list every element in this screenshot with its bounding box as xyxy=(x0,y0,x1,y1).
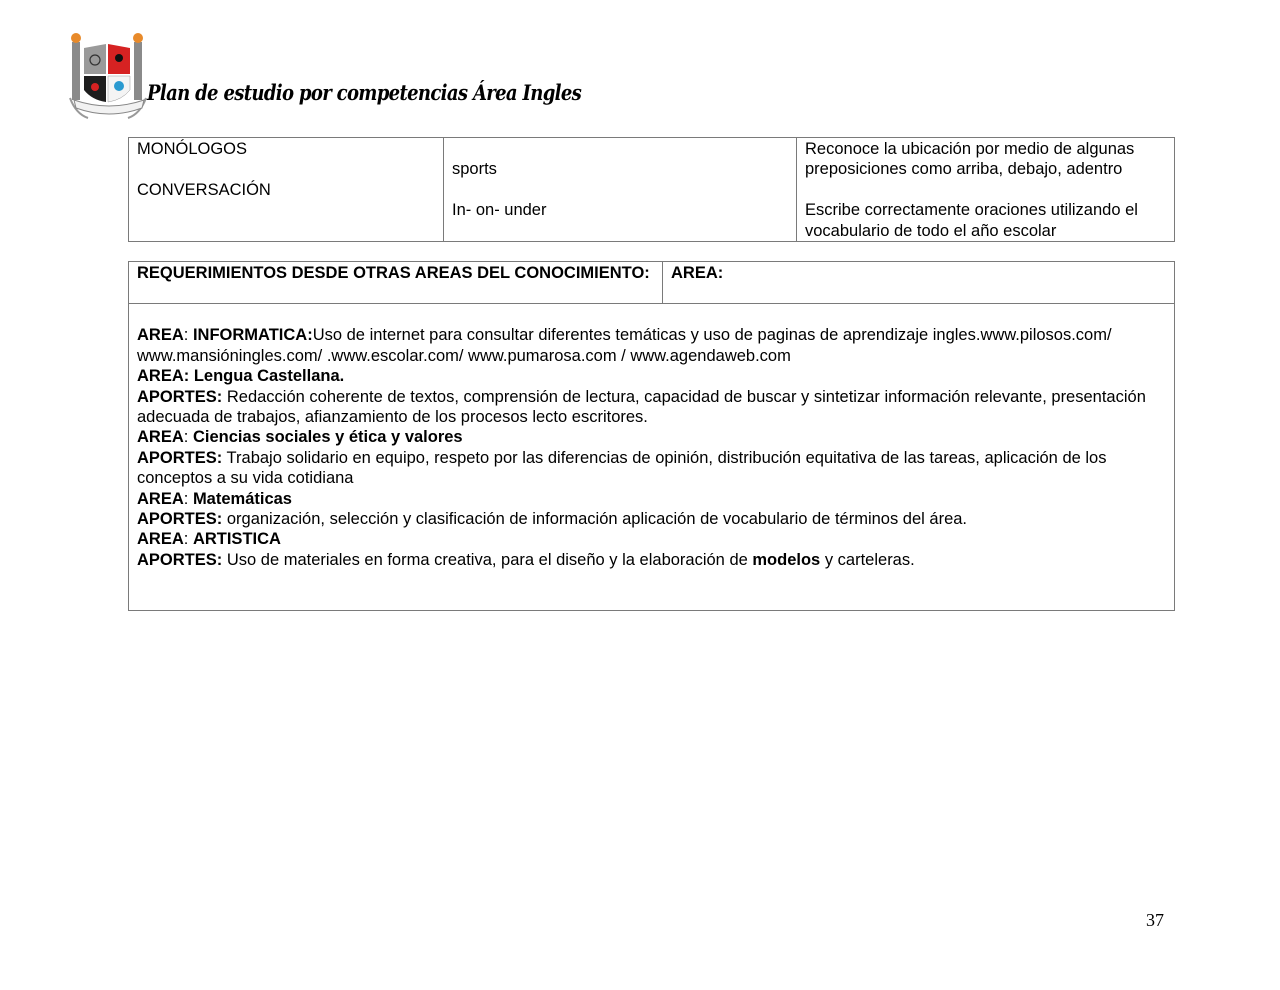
document-title: Plan de estudio por competencias Área In… xyxy=(147,80,581,105)
requirements-header: REQUERIMIENTOS DESDE OTRAS AREAS DEL CON… xyxy=(129,262,663,304)
vocabulary-item: sports xyxy=(452,159,788,179)
area-header: AREA: xyxy=(663,262,1175,304)
area-castellana-heading: AREA: Lengua Castellana. xyxy=(137,366,1166,386)
area-artistica-heading: AREA: ARTISTICA xyxy=(137,529,1166,549)
school-crest-icon xyxy=(66,28,152,120)
aportes-matematicas: APORTES: organización, selección y clasi… xyxy=(137,509,1166,529)
indicator-item: Escribe correctamente oraciones utilizan… xyxy=(805,200,1166,241)
area-sociales-heading: AREA: Ciencias sociales y ética y valore… xyxy=(137,427,1166,447)
table-row: MONÓLOGOS CONVERSACIÓN sports In- on- un… xyxy=(129,138,1175,242)
table-header-row: REQUERIMIENTOS DESDE OTRAS AREAS DEL CON… xyxy=(129,262,1175,304)
aportes-castellana: APORTES: Redacción coherente de textos, … xyxy=(137,387,1166,428)
skill-item: CONVERSACIÓN xyxy=(137,180,435,200)
indicators-cell: Reconoce la ubicación por medio de algun… xyxy=(797,138,1175,242)
skills-cell: MONÓLOGOS CONVERSACIÓN xyxy=(129,138,444,242)
vocabulary-cell: sports In- on- under xyxy=(444,138,797,242)
table-row: AREA: INFORMATICA:Uso de internet para c… xyxy=(129,304,1175,611)
page-number: 37 xyxy=(1146,910,1164,931)
requirements-content: AREA: INFORMATICA:Uso de internet para c… xyxy=(129,304,1175,611)
competencies-table: MONÓLOGOS CONVERSACIÓN sports In- on- un… xyxy=(128,137,1175,242)
skill-item: MONÓLOGOS xyxy=(137,139,435,159)
indicator-item: Reconoce la ubicación por medio de algun… xyxy=(805,139,1166,180)
area-matematicas-heading: AREA: Matemáticas xyxy=(137,489,1166,509)
aportes-sociales: APORTES: Trabajo solidario en equipo, re… xyxy=(137,448,1166,489)
requirements-table: REQUERIMIENTOS DESDE OTRAS AREAS DEL CON… xyxy=(128,261,1175,611)
aportes-artistica: APORTES: Uso de materiales en forma crea… xyxy=(137,550,1166,570)
vocabulary-item: In- on- under xyxy=(452,200,788,220)
document-header: Plan de estudio por competencias Área In… xyxy=(66,28,506,120)
area-informatica: AREA: INFORMATICA:Uso de internet para c… xyxy=(137,325,1166,366)
